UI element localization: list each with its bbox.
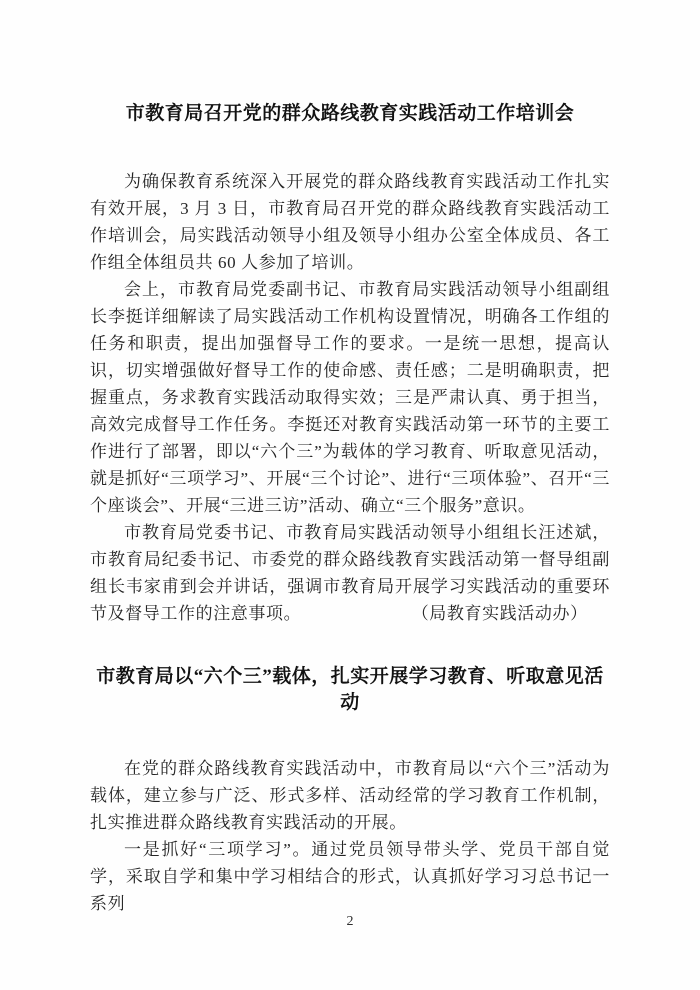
article2-paragraph-1: 在党的群众路线教育实践活动中，市教育局以“六个三”活动为载体，建立参与广泛、形式…: [90, 755, 610, 836]
article1-paragraph-1: 为确保教育系统深入开展党的群众路线教育实践活动工作扎实有效开展，3 月 3 日，…: [90, 168, 610, 276]
article1-attribution: （局教育实践活动办）: [420, 604, 588, 623]
article1-paragraph-2: 会上，市教育局党委副书记、市教育局实践活动领导小组副组长李挺详细解读了局实践活动…: [90, 276, 610, 519]
article1-paragraph-3: 市教育局党委书记、市教育局实践活动领导小组组长汪述斌，市教育局纪委书记、市委党的…: [90, 519, 610, 627]
article2-paragraph-2: 一是抓好“三项学习”。通过党员领导带头学、党员干部自觉学，采取自学和集中学习相结…: [90, 836, 610, 917]
article2-body: 在党的群众路线教育实践活动中，市教育局以“六个三”活动为载体，建立参与广泛、形式…: [90, 755, 610, 917]
page-content: 市教育局召开党的群众路线教育实践活动工作培训会 为确保教育系统深入开展党的群众路…: [0, 0, 700, 917]
document-page: 市教育局召开党的群众路线教育实践活动工作培训会 为确保教育系统深入开展党的群众路…: [0, 0, 700, 990]
article1-title: 市教育局召开党的群众路线教育实践活动工作培训会: [90, 0, 610, 127]
page-number: 2: [0, 913, 700, 931]
article1-body: 为确保教育系统深入开展党的群众路线教育实践活动工作扎实有效开展，3 月 3 日，…: [90, 168, 610, 627]
article2-title: 市教育局以“六个三”载体，扎实开展学习教育、听取意见活动: [90, 664, 610, 716]
